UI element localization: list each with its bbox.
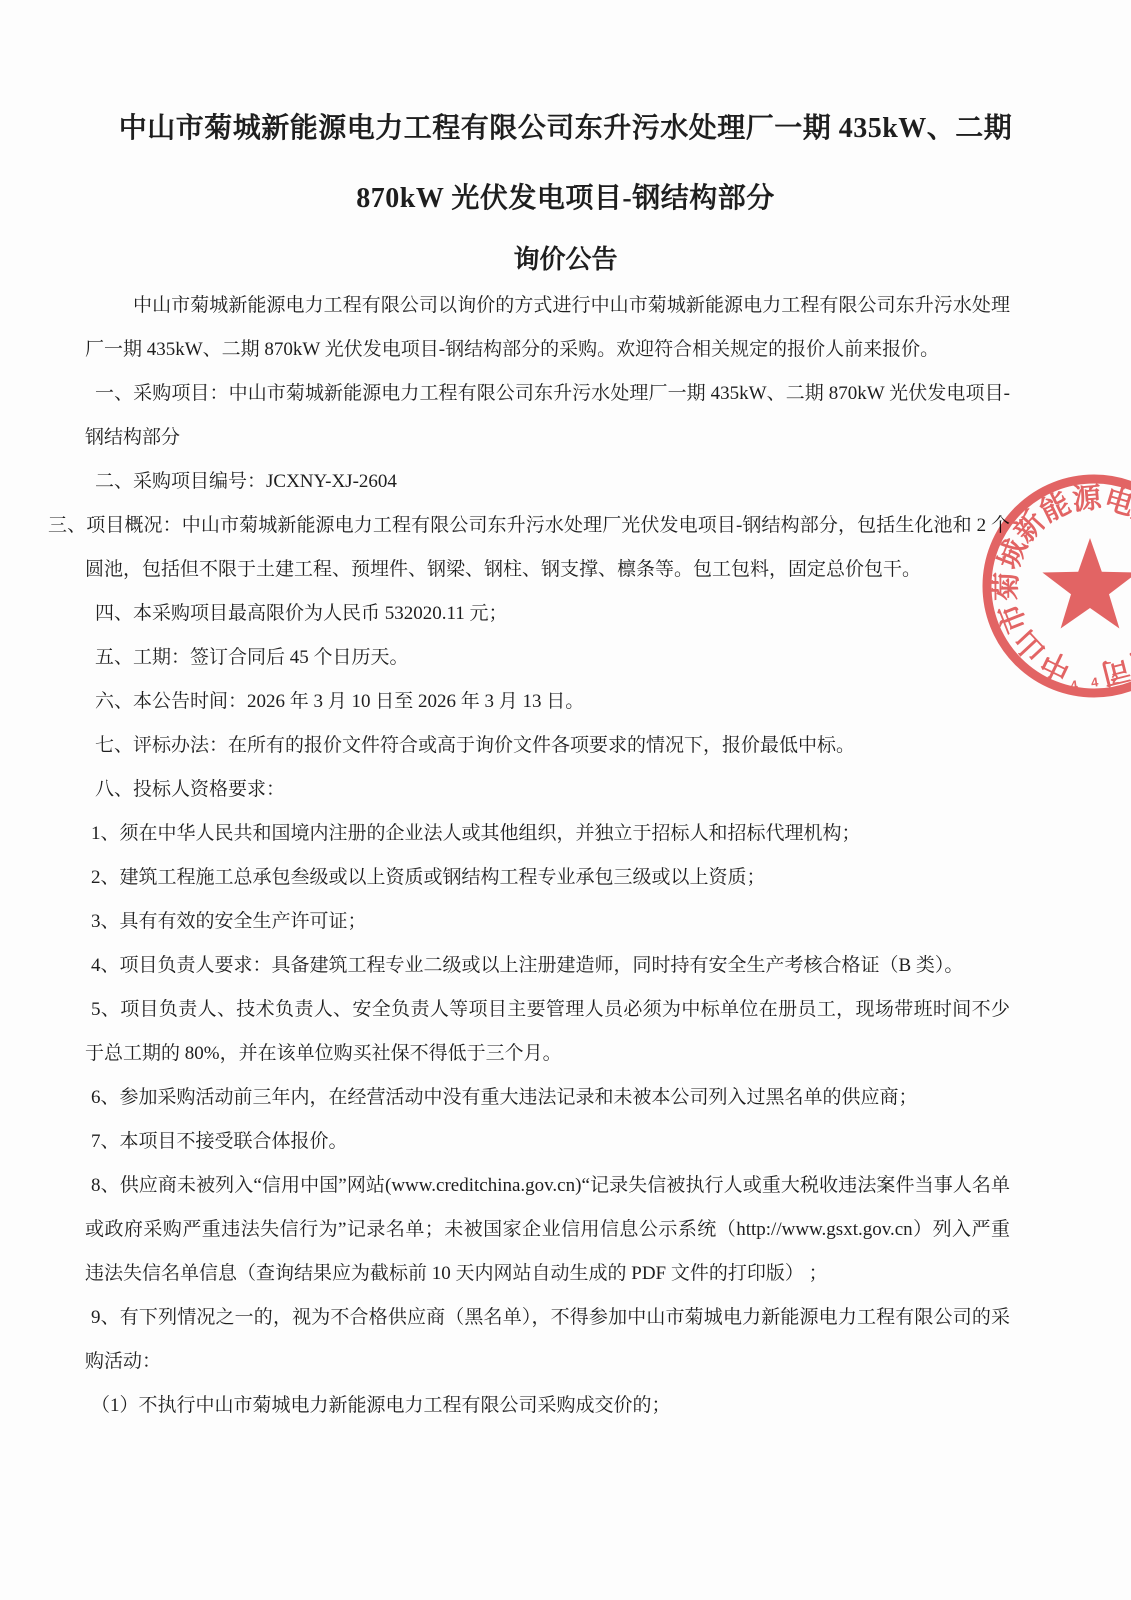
intro-paragraph: 中山市菊城新能源电力工程有限公司以询价的方式进行中山市菊城新能源电力工程有限公司…: [85, 284, 1010, 372]
qualification-1: 1、须在中华人民共和国境内注册的企业法人或其他组织，并独立于招标人和招标代理机构…: [85, 812, 1010, 856]
qualification-6: 6、参加采购活动前三年内，在经营活动中没有重大违法记录和未被本公司列入过黑名单的…: [85, 1076, 1010, 1120]
item-construction-period: 五、工期：签订合同后 45 个日历天。: [85, 636, 1010, 680]
item-evaluation-method: 七、评标办法：在所有的报价文件符合或高于询价文件各项要求的情况下，报价最低中标。: [85, 724, 1010, 768]
item-procurement-project: 一、采购项目：中山市菊城新能源电力工程有限公司东升污水处理厂一期 435kW、二…: [85, 372, 1010, 460]
document-title-line1: 中山市菊城新能源电力工程有限公司东升污水处理厂一期 435kW、二期: [119, 113, 1013, 144]
seal-company-name: 中山市菊城新能源电力工程有限公司: [990, 481, 1131, 690]
item-project-overview: 三、项目概况：中山市菊城新能源电力工程有限公司东升污水处理厂光伏发电项目-钢结构…: [85, 504, 1010, 592]
document-body: 中山市菊城新能源电力工程有限公司以询价的方式进行中山市菊城新能源电力工程有限公司…: [85, 284, 1010, 1428]
qualification-3: 3、具有有效的安全生产许可证；: [85, 900, 1010, 944]
seal-star-icon: [1042, 538, 1131, 629]
document-page: 中山市菊城新能源电力工程有限公司东升污水处理厂一期 435kW、二期 870kW…: [0, 0, 1131, 1600]
document-title-line2: 870kW 光伏发电项目-钢结构部分: [356, 183, 774, 214]
qualification-7: 7、本项目不接受联合体报价。: [85, 1120, 1010, 1164]
seal-serial-number: 4 4 2: [1069, 671, 1124, 693]
qualification-2: 2、建筑工程施工总承包叁级或以上资质或钢结构工程专业承包三级或以上资质；: [85, 856, 1010, 900]
qualification-5: 5、项目负责人、技术负责人、安全负责人等项目主要管理人员必须为中标单位在册员工，…: [85, 988, 1010, 1076]
item-max-price: 四、本采购项目最高限价为人民币 532020.11 元；: [85, 592, 1010, 636]
blacklist-clause-1: （1）不执行中山市菊城电力新能源电力工程有限公司采购成交价的；: [85, 1384, 1010, 1428]
qualification-4: 4、项目负责人要求：具备建筑工程专业二级或以上注册建造师，同时持有安全生产考核合…: [85, 944, 1010, 988]
qualification-9: 9、有下列情况之一的，视为不合格供应商（黑名单），不得参加中山市菊城电力新能源电…: [85, 1296, 1010, 1384]
qualification-8: 8、供应商未被列入“信用中国”网站(www.creditchina.gov.cn…: [85, 1164, 1010, 1296]
item-bidder-qualifications-heading: 八、投标人资格要求：: [85, 768, 1010, 812]
item-project-number: 二、采购项目编号：JCXNY-XJ-2604: [85, 460, 1010, 504]
item-announcement-period: 六、本公告时间：2026 年 3 月 10 日至 2026 年 3 月 13 日…: [85, 680, 1010, 724]
document-title: 中山市菊城新能源电力工程有限公司东升污水处理厂一期 435kW、二期 870kW…: [60, 94, 1071, 234]
announcement-type-heading: 询价公告: [0, 240, 1131, 280]
